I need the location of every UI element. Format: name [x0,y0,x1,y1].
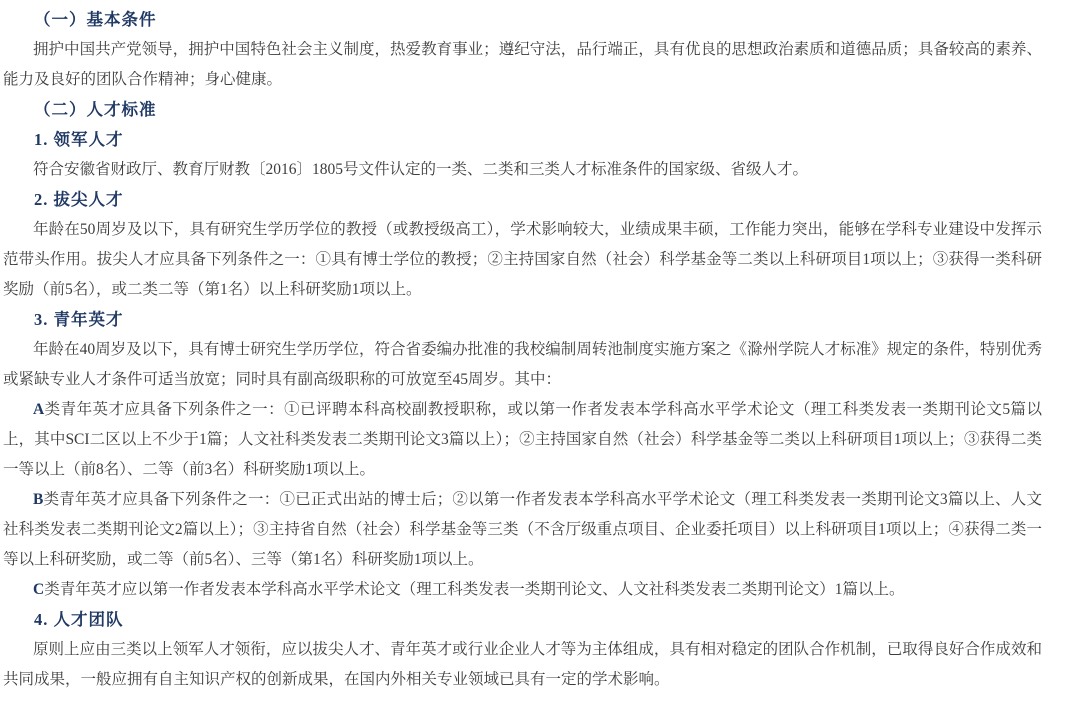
heading-leading-talent: 1. 领军人才 [34,125,1042,155]
heading-young-talent: 3. 青年英才 [34,305,1042,335]
class-a-lead-letter: A [33,401,44,418]
class-c-text: 类青年英才应以第一作者发表本学科高水平学术论文（理工科类发表一类期刊论文、人文社… [44,581,904,598]
para-talent-team: 原则上应由三类以上领军人才领衔，应以拔尖人才、青年英才或行业企业人才等为主体组成… [3,635,1042,695]
document-page: （一）基本条件 拥护中国共产党领导，拥护中国特色社会主义制度，热爱教育事业；遵纪… [0,0,1080,705]
para-young-talent-class-c: C类青年英才应以第一作者发表本学科高水平学术论文（理工科类发表一类期刊论文、人文… [3,575,1042,605]
class-c-lead-letter: C [33,581,44,598]
para-young-talent-class-a: A类青年英才应具备下列条件之一：①已评聘本科高校副教授职称，或以第一作者发表本学… [3,395,1042,485]
heading-talent-team: 4. 人才团队 [34,605,1042,635]
document-body: （一）基本条件 拥护中国共产党领导，拥护中国特色社会主义制度，热爱教育事业；遵纪… [3,5,1042,695]
class-b-lead-letter: B [33,491,43,508]
para-basic-conditions: 拥护中国共产党领导，拥护中国特色社会主义制度，热爱教育事业；遵纪守法，品行端正，… [3,35,1042,95]
class-a-text: 类青年英才应具备下列条件之一：①已评聘本科高校副教授职称，或以第一作者发表本学科… [3,401,1042,478]
heading-top-talent: 2. 拔尖人才 [34,185,1042,215]
para-top-talent: 年龄在50周岁及以下，具有研究生学历学位的教授（或教授级高工），学术影响较大，业… [3,215,1042,305]
heading-talent-standards: （二）人才标准 [34,95,1042,125]
para-young-talent-intro: 年龄在40周岁及以下，具有博士研究生学历学位，符合省委编办批准的我校编制周转池制… [3,335,1042,395]
heading-basic-conditions: （一）基本条件 [34,5,1042,35]
class-b-text: 类青年英才应具备下列条件之一：①已正式出站的博士后；②以第一作者发表本学科高水平… [3,491,1042,568]
para-young-talent-class-b: B类青年英才应具备下列条件之一：①已正式出站的博士后；②以第一作者发表本学科高水… [3,485,1042,575]
para-leading-talent: 符合安徽省财政厅、教育厅财教〔2016〕1805号文件认定的一类、二类和三类人才… [3,155,1042,185]
